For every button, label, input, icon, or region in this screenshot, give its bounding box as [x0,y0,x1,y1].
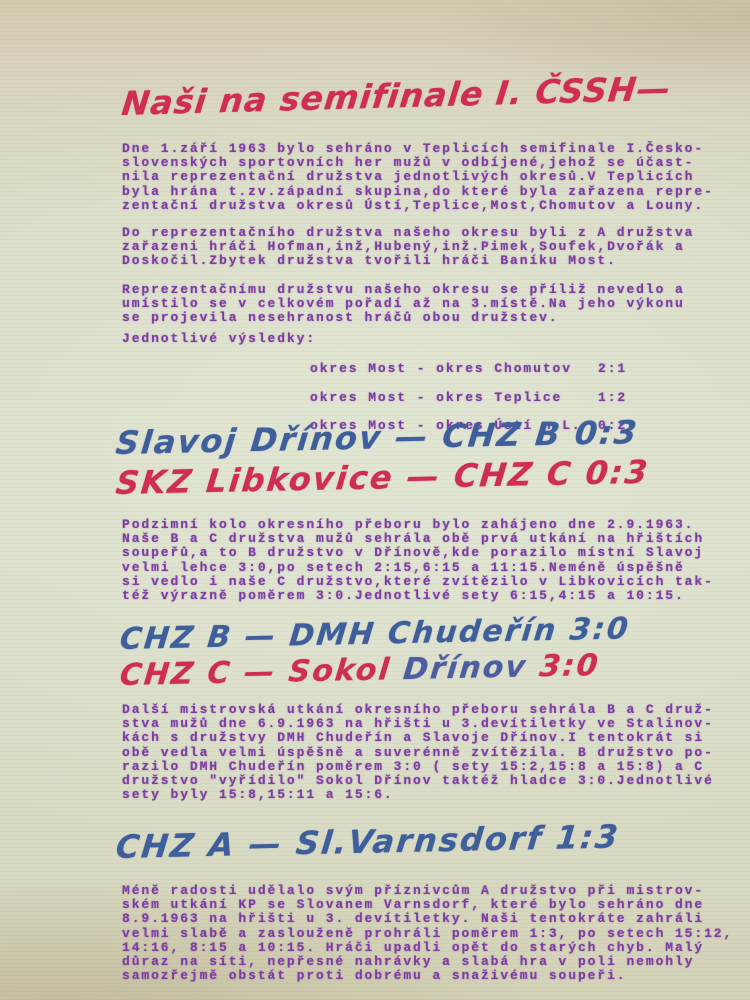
paragraph-team-placement: Reprezentačnímu družstvu našeho okresu s… [122,283,685,326]
result-row-teplice: okres Most - okres Teplice1:2 [310,391,627,405]
result-score: 2:1 [598,361,627,376]
handwritten-score-chza-varnsdorf: CHZ A — Sl.Varnsdorf 1:3 [114,817,621,866]
paragraph-championship-matches: Další mistrovská utkání okresního přebor… [122,703,714,802]
page-title: Naši na semifinale I. ČSSH— [120,69,674,123]
result-row-chomutov: okres Most - okres Chomutov2:1 [310,362,627,376]
result-match: okres Most - okres Chomutov [310,362,598,376]
score-part-prefix: CHZ C — Sokol [118,652,405,693]
paragraph-autumn-round: Podzimní kolo okresního přeboru bylo zah… [122,518,714,603]
result-score: 1:2 [598,390,627,405]
scanned-document-page: Naši na semifinale I. ČSSH— Dne 1.září 1… [0,0,750,1000]
results-label: Jednotlivé výsledky: [122,332,316,346]
result-match: okres Most - okres Teplice [310,391,598,405]
score-part-suffix: 3:0 [525,648,601,685]
paragraph-team-roster: Do reprezentačního družstva našeho okres… [122,226,694,269]
score-part-accent: Dřínov [402,649,529,687]
paragraph-semifinale-intro: Dne 1.září 1963 bylo sehráno v Teplicích… [122,142,714,213]
paragraph-varnsdorf-loss: Méně radosti udělalo svým příznivcům A d… [122,884,733,983]
